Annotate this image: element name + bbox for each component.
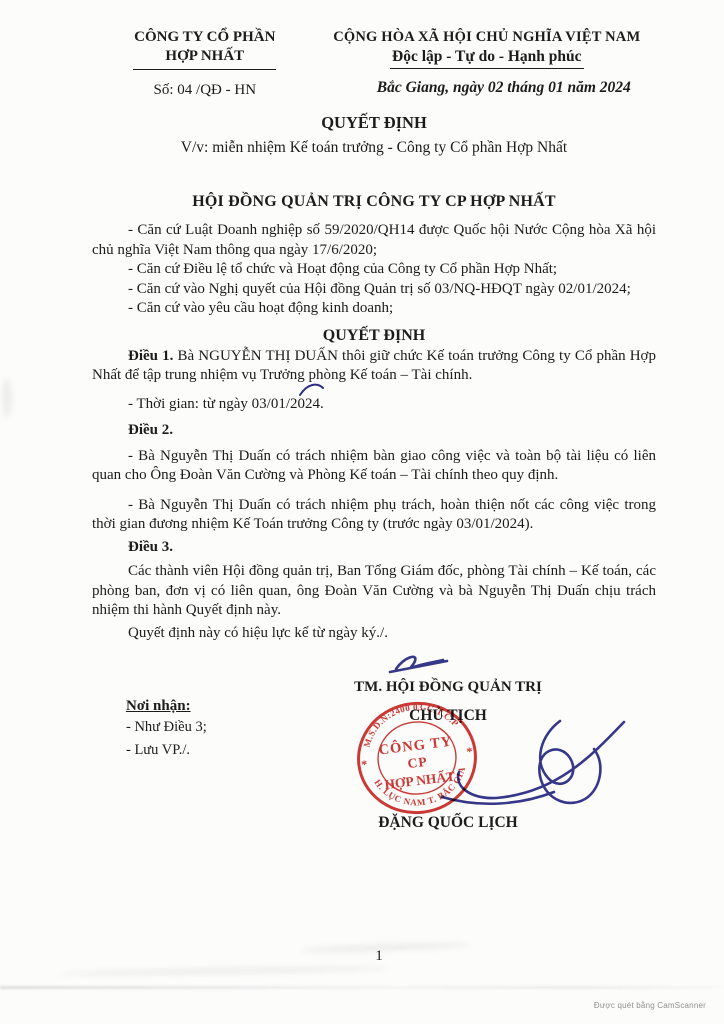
national-title: CỘNG HÒA XÃ HỘI CHỦ NGHĨA VIỆT NAM [318,28,656,47]
ink-tick-mark [297,380,325,398]
article-1-label: Điều 1. [128,348,173,364]
scan-smudge [60,965,390,977]
preamble-section: - Căn cứ Luật Doanh nghiệp số 59/2020/QH… [92,221,656,319]
article-3-label: Điều 3. [92,538,656,558]
document-body: CÔNG TY CỔ PHẦN HỢP NHẤT Số: 04 /QĐ - HN… [92,28,656,643]
article-2-label: Điều 2. [92,421,656,441]
page-number: 1 [0,948,724,965]
scan-edge-shadow [0,986,724,989]
camscanner-watermark: Được quét bằng CamScanner [594,1001,706,1010]
preamble-clause: - Căn cứ vào Nghị quyết của Hội đồng Quả… [92,280,656,300]
company-name-line2: HỢP NHẤT [133,47,276,70]
national-motto: Độc lập - Tự do - Hạnh phúc [390,47,583,69]
article-1-subclause: - Thời gian: từ ngày 03/01/2024. [92,395,656,415]
recipient-item: - Như Điều 3; [126,718,207,737]
stamp-star-left: * [361,757,369,772]
preamble-clause: - Căn cứ Luật Doanh nghiệp số 59/2020/QH… [92,221,656,260]
recipients-heading: Nơi nhận: [126,697,207,716]
article-2-subclause: - Bà Nguyễn Thị Duấn có trách nhiệm bàn … [92,447,656,486]
company-block: CÔNG TY CỔ PHẦN HỢP NHẤT Số: 04 /QĐ - HN [92,28,318,100]
recipient-item: - Lưu VP./. [126,741,207,760]
issuer-heading: HỘI ĐỒNG QUẢN TRỊ CÔNG TY CP HỢP NHẤT [92,191,656,213]
decision-heading: QUYẾT ĐỊNH [92,325,656,346]
national-block: CỘNG HÒA XÃ HỘI CHỦ NGHĨA VIỆT NAM Độc l… [318,28,656,100]
scanned-decision-document: CÔNG TY CỔ PHẦN HỢP NHẤT Số: 04 /QĐ - HN… [0,0,724,1024]
article-1-paragraph: Điều 1. Bà NGUYỄN THỊ DUẤN thôi giữ chức… [92,347,656,386]
document-subtitle: V/v: miễn nhiệm Kế toán trưởng - Công ty… [92,138,656,158]
document-header: CÔNG TY CỔ PHẦN HỢP NHẤT Số: 04 /QĐ - HN… [92,28,656,100]
preamble-clause: - Căn cứ vào yêu cầu hoạt động kinh doan… [92,299,656,319]
effective-clause: Quyết định này có hiệu lực kể từ ngày ký… [92,624,656,644]
preamble-clause: - Căn cứ Điều lệ tổ chức và Hoạt động củ… [92,260,656,280]
document-number: Số: 04 /QĐ - HN [92,81,318,100]
recipients-block: Nơi nhận: - Như Điều 3; - Lưu VP./. [126,697,207,760]
article-3-subclause: Các thành viên Hội đồng quản trị, Ban Tổ… [92,562,656,621]
handwritten-signature [372,645,652,821]
document-title: QUYẾT ĐỊNH [92,112,656,134]
place-and-date: Bắc Giang, ngày 02 tháng 01 năm 2024 [352,78,656,97]
company-name-line1: CÔNG TY CỔ PHẦN [92,28,318,47]
signature-loop [539,721,600,803]
article-2-subclause: - Bà Nguyễn Thị Duấn có trách nhiệm phụ … [92,496,656,535]
scan-smudge [2,378,12,418]
article-1-text: Bà NGUYỄN THỊ DUẤN thôi giữ chức Kế toán… [92,348,656,384]
